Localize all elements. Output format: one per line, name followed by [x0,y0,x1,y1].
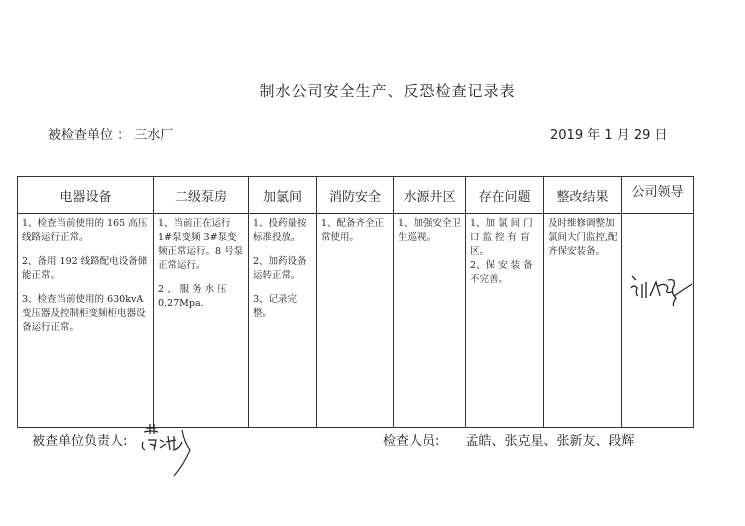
cell-chlorination: 1、投药量按标准投放。 2、加药设备运转正常。 3、记录完整。 [249,214,317,428]
pump-item-2: 2 、 服 务 水 压 0.27Mpa. [158,283,245,311]
header-pump-room: 二级泵房 [154,177,249,214]
cell-pump-room: 1、当前正在运行 1#泵变频 3#泵变频正常运行。8 号泵正常运行。 2 、 服… [154,214,249,428]
inspected-unit-value: 三水厂 [134,128,173,143]
inspectors-label: 检查人员: [383,434,439,449]
inspection-date: 2019 年 1 月 29 日 [550,124,668,143]
fire-item-1: 1、配备齐全正常使用。 [321,217,390,245]
responsible-label: 被查单位负责人: [32,434,127,449]
cell-fire-safety: 1、配备齐全正常使用。 [317,214,394,428]
header-issues: 存在问题 [466,177,544,214]
header-chlorination: 加氯间 [249,177,317,214]
responsible-person: 被查单位负责人: [32,430,127,449]
issue-item-2: 2、保 安 装 备 不完善。 [470,259,540,287]
header-company-leader: 公司领导 [622,177,694,214]
header-rectification: 整改结果 [544,177,622,214]
chlorination-item-2: 2、加药设备运转正常。 [253,255,313,283]
header-fire-safety: 消防安全 [317,177,394,214]
leader-signature [628,272,698,316]
table-header-row: 电器设备 二级泵房 加氯间 消防安全 水源井区 存在问题 整改结果 公司领导 [18,177,694,214]
cell-issues: 1、加 氯 间 门 口 监 控 有 盲 区。 2、保 安 装 备 不完善。 [466,214,544,428]
cell-company-leader [622,214,694,428]
electrical-item-1: 1、检查当前使用的 165 高压线路运行正常。 [22,217,150,245]
electrical-item-3: 3、检查当前使用的 630kvA 变压器及控制柜变频柜电器设备运行正常。 [22,293,150,335]
chlorination-item-3: 3、记录完整。 [253,293,313,321]
well-item-1: 1、加强安全卫生巡视。 [398,217,462,245]
header-well-area: 水源井区 [394,177,466,214]
responsible-signature [140,422,210,496]
electrical-item-2: 2、备用 192 线路配电设备储能正常。 [22,255,150,283]
inspection-record-table: 电器设备 二级泵房 加氯间 消防安全 水源井区 存在问题 整改结果 公司领导 1… [17,176,694,428]
header-electrical: 电器设备 [18,177,154,214]
inspected-unit-label: 被检查单位 ： [48,128,130,143]
cell-rectification: 及时维修调整加氯间大门监控,配齐保安装备。 [544,214,622,428]
document-title: 制水公司安全生产、反恐检查记录表 [0,80,745,101]
rectification-item-1: 及时维修调整加氯间大门监控,配齐保安装备。 [548,217,618,259]
inspected-unit: 被检查单位 ： 三水厂 [48,124,173,143]
inspectors-names: 孟皓、张克星、张新友、段辉 [466,434,635,449]
table-row: 1、检查当前使用的 165 高压线路运行正常。 2、备用 192 线路配电设备储… [18,214,694,428]
pump-item-1: 1、当前正在运行 1#泵变频 3#泵变频正常运行。8 号泵正常运行。 [158,217,245,273]
cell-well-area: 1、加强安全卫生巡视。 [394,214,466,428]
chlorination-item-1: 1、投药量按标准投放。 [253,217,313,245]
issue-item-1: 1、加 氯 间 门 口 监 控 有 盲 区。 [470,217,540,259]
cell-electrical: 1、检查当前使用的 165 高压线路运行正常。 2、备用 192 线路配电设备储… [18,214,154,428]
inspectors: 检查人员: 孟皓、张克星、张新友、段辉 [383,430,635,449]
